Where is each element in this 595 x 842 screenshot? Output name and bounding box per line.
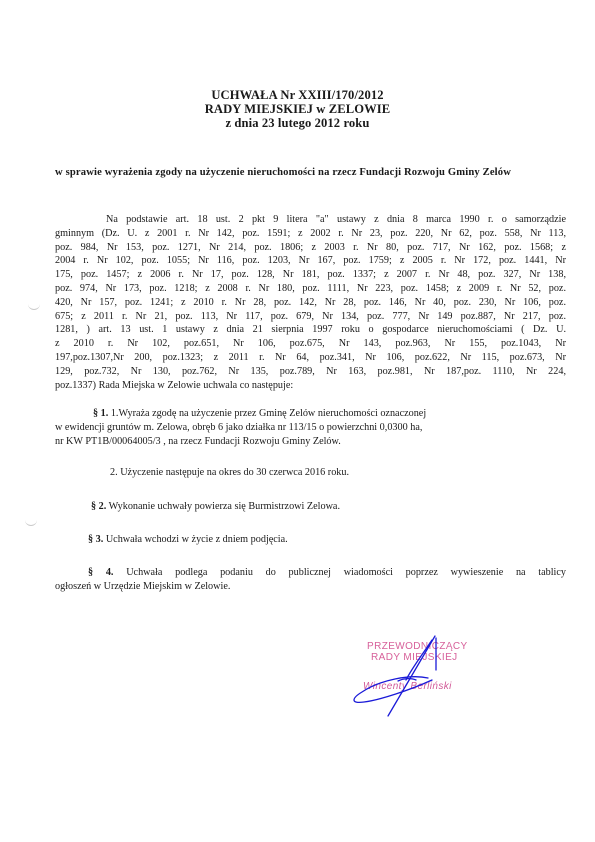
legal-line: poz.1337) Rada Miejska w Zelowie uchwala… [55, 379, 566, 393]
legal-line: z 2010 r. Nr 102, poz.651, Nr 106, poz.6… [55, 337, 566, 351]
resolution-header: UCHWAŁA Nr XXIII/170/2012 RADY MIEJSKIEJ… [0, 88, 595, 130]
legal-line: gminnym (Dz. U. z 2001 r. Nr 142, poz. 1… [55, 227, 566, 241]
punch-hole-mark [28, 303, 40, 310]
legal-line: 197,poz.1307,Nr 200, poz.1323; z 2011 r.… [55, 351, 566, 365]
legal-line: poz. 974, Nr 173, poz. 1218; z 2008 r. N… [55, 282, 566, 296]
legal-line: 1281, ) art. 13 ust. 1 ustawy z dnia 21 … [55, 323, 566, 337]
legal-line: 675; z 2011 r. Nr 21, poz. 113, Nr 117, … [55, 310, 566, 324]
legal-line: 129, poz.732, Nr 130, poz.762, Nr 135, p… [55, 365, 566, 379]
section-4-text: Uchwała podlega podaniu do publicznej wi… [113, 567, 566, 578]
resolution-subject: w sprawie wyrażenia zgody na użyczenie n… [55, 166, 565, 180]
section-1-line: nr KW PT1B/00064005/3 , na rzecz Fundacj… [55, 435, 566, 449]
legal-line: Na podstawie art. 18 ust. 2 pkt 9 litera… [55, 213, 566, 227]
section-4-line: ogłoszeń w Urzędzie Miejskim w Zelowie. [55, 580, 566, 594]
legal-basis: Na podstawie art. 18 ust. 2 pkt 9 litera… [55, 213, 566, 392]
section-4: § 4. Uchwała podlega podaniu do publiczn… [55, 566, 566, 594]
council-name: RADY MIEJSKIEJ w ZELOWIE [0, 102, 595, 116]
section-1-line: w ewidencji gruntów m. Zelowa, obręb 6 j… [55, 421, 566, 435]
punch-hole-mark [25, 519, 37, 526]
resolution-date: z dnia 23 lutego 2012 roku [0, 116, 595, 130]
section-2-text: Wykonanie uchwały powierza się Burmistrz… [106, 501, 340, 512]
legal-line: 175, poz. 1457; z 2006 r. Nr 17, poz. 12… [55, 268, 566, 282]
document-page: UCHWAŁA Nr XXIII/170/2012 RADY MIEJSKIEJ… [0, 0, 595, 842]
section-2: § 2. Wykonanie uchwały powierza się Burm… [91, 500, 340, 514]
section-2-label: § 2. [91, 501, 106, 512]
handwritten-signature [340, 628, 480, 718]
section-1: § 1. 1.Wyraża zgodę na użyczenie przez G… [55, 407, 566, 448]
section-3: § 3. Uchwała wchodzi w życie z dniem pod… [88, 533, 288, 547]
section-1-point-2: 2. Użyczenie następuje na okres do 30 cz… [110, 466, 349, 480]
section-1-text: 1.Wyraża zgodę na użyczenie przez Gminę … [111, 408, 426, 419]
resolution-number: UCHWAŁA Nr XXIII/170/2012 [0, 88, 595, 102]
section-4-label: § 4. [88, 567, 113, 578]
legal-line: 2004 r. Nr 102, poz. 1055; Nr 116, poz. … [55, 254, 566, 268]
section-3-text: Uchwała wchodzi w życie z dniem podjęcia… [103, 534, 287, 545]
legal-line: poz. 984, Nr 153, poz. 1271, Nr 214, poz… [55, 241, 566, 255]
legal-line: 420, Nr 157, poz. 1241; z 2010 r. Nr 28,… [55, 296, 566, 310]
section-3-label: § 3. [88, 534, 103, 545]
section-1-label: § 1. [93, 408, 108, 419]
